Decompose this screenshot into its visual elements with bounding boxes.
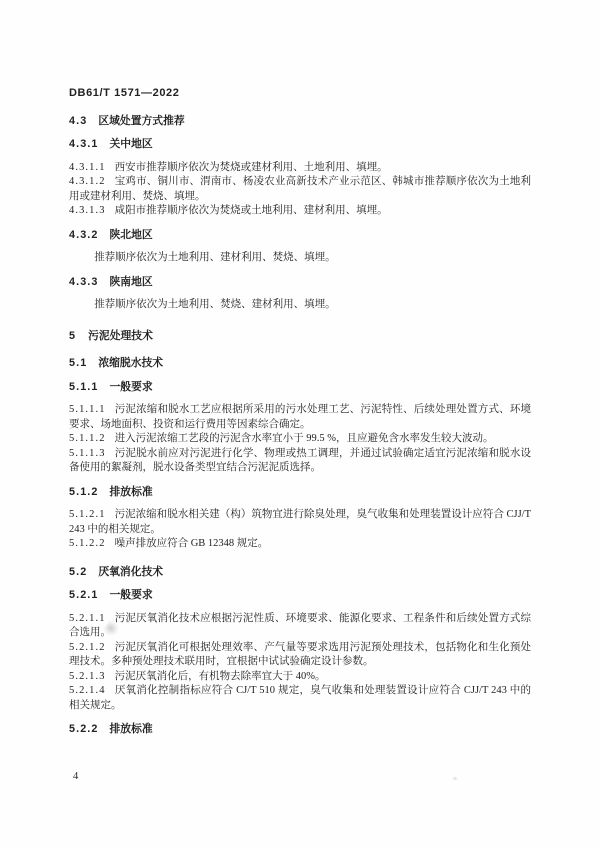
clause-title: 陕北地区 [110, 229, 153, 241]
clause-text: 宝鸡市、铜川市、渭南市、杨凌农业高新技术产业示范区、韩城市推荐顺序依次为土地利用… [69, 176, 531, 202]
clause-text: 噪声排放应符合 GB 12348 规定。 [115, 538, 269, 549]
clause-number: 4.3.1.3 [69, 205, 106, 216]
clause-paragraph: 5.1.1.2进入污泥浓缩工艺段的污泥含水率宜小于 99.5 %，且应避免含水率… [69, 432, 531, 447]
clause-number: 5.1.1 [69, 381, 99, 393]
clause-paragraph: 5.2.1.2污泥厌氧消化可根据处理效率、产气量等要求选用污泥预处理技术，包括物… [69, 641, 531, 670]
clause-number: 5.1.2 [69, 486, 99, 498]
clause-title: 陕南地区 [110, 276, 153, 288]
clause-heading: 5.2.2排放标准 [69, 722, 531, 737]
clause-paragraph: 推荐顺序依次为土地利用、焚烧、建材利用、填埋。 [69, 298, 531, 313]
clause-heading: 4.3.3陕南地区 [69, 275, 531, 290]
clause-number: 5.2.1.1 [69, 613, 106, 624]
clause-title: 关中地区 [110, 138, 153, 150]
clause-number: 5.2.1.4 [69, 685, 106, 696]
clause-number: 5.1.1.1 [69, 404, 106, 415]
clause-text: 咸阳市推荐顺序依次为焚烧或土地利用、建材利用、填埋。 [115, 205, 388, 216]
clause-title: 一般要求 [110, 589, 153, 601]
clause-text: 污泥厌氧消化技术应根据污泥性质、环境要求、能源化要求、工程条件和后续处置方式综合… [69, 613, 531, 639]
clause-title: 厌氧消化技术 [98, 566, 163, 578]
clause-title: 区域处置方式推荐 [98, 115, 184, 127]
clause-text: 西安市推荐顺序依次为焚烧或建材利用、土地利用、填埋。 [115, 162, 388, 173]
scan-speck [452, 776, 458, 781]
clause-text: 厌氧消化控制指标应符合 CJ/T 510 规定，臭气收集和处理装置设计应符合 C… [69, 685, 531, 711]
document-page: DB61/T 1571—2022 4.3区域处置方式推荐 4.3.1关中地区 4… [0, 0, 600, 848]
clause-number: 5.2.1.2 [69, 642, 106, 653]
clause-heading: 5.2.1一般要求 [69, 588, 531, 603]
clause-text: 污泥浓缩和脱水工艺应根据所采用的污水处理工艺、污泥特性、后续处理处置方式、环境要… [69, 404, 531, 430]
clause-title: 排放标准 [110, 723, 153, 735]
clause-heading: 4.3.2陕北地区 [69, 228, 531, 243]
chapter-heading: 5污泥处理技术 [69, 329, 531, 344]
clause-heading: 4.3.1关中地区 [69, 137, 531, 152]
clause-number: 5.1.1.3 [69, 448, 106, 459]
clause-paragraph: 4.3.1.3咸阳市推荐顺序依次为焚烧或土地利用、建材利用、填埋。 [69, 204, 531, 219]
clause-number: 4.3.1.1 [69, 162, 106, 173]
clause-paragraph: 5.1.2.2噪声排放应符合 GB 12348 规定。 [69, 537, 531, 552]
clause-number: 5.2.1.3 [69, 671, 106, 682]
clause-number: 4.3.1.2 [69, 176, 106, 187]
clause-paragraph: 5.2.1.1污泥厌氧消化技术应根据污泥性质、环境要求、能源化要求、工程条件和后… [69, 612, 531, 641]
clause-number: 5.2.1 [69, 589, 99, 601]
clause-number: 5.1 [69, 357, 87, 369]
chapter-number: 5 [69, 330, 76, 342]
clause-paragraph: 4.3.1.1西安市推荐顺序依次为焚烧或建材利用、土地利用、填埋。 [69, 161, 531, 176]
clause-number: 4.3 [69, 115, 87, 127]
clause-number: 5.1.1.2 [69, 433, 106, 444]
clause-number: 4.3.3 [69, 276, 99, 288]
clause-paragraph: 5.2.1.3污泥厌氧消化后，有机物去除率宜大于 40%。 [69, 670, 531, 685]
clause-paragraph: 5.2.1.4厌氧消化控制指标应符合 CJ/T 510 规定，臭气收集和处理装置… [69, 684, 531, 713]
clause-paragraph: 5.1.1.1污泥浓缩和脱水工艺应根据所采用的污水处理工艺、污泥特性、后续处理处… [69, 403, 531, 432]
clause-number: 5.1.2.1 [69, 509, 106, 520]
clause-number: 5.2.2 [69, 723, 99, 735]
clause-text: 推荐顺序依次为土地利用、焚烧、建材利用、填埋。 [94, 299, 336, 310]
clause-heading: 4.3区域处置方式推荐 [69, 114, 531, 129]
doc-code: DB61/T 1571—2022 [69, 86, 531, 101]
clause-number: 5.2 [69, 566, 87, 578]
clause-heading: 5.2厌氧消化技术 [69, 565, 531, 580]
clause-number: 5.1.2.2 [69, 538, 106, 549]
clause-paragraph: 5.1.1.3污泥脱水前应对污泥进行化学、物理或热工调理，并通过试验确定适宜污泥… [69, 447, 531, 476]
clause-title: 一般要求 [110, 381, 153, 393]
clause-text: 污泥脱水前应对污泥进行化学、物理或热工调理，并通过试验确定适宜污泥浓缩和脱水设备… [69, 448, 531, 474]
clause-title: 排放标准 [110, 486, 153, 498]
clause-paragraph: 推荐顺序依次为土地利用、建材利用、焚烧、填埋。 [69, 251, 531, 266]
chapter-title: 污泥处理技术 [88, 330, 153, 342]
clause-text: 推荐顺序依次为土地利用、建材利用、焚烧、填埋。 [94, 252, 336, 263]
clause-text: 污泥厌氧消化可根据处理效率、产气量等要求选用污泥预处理技术，包括物化和生化预处理… [69, 642, 531, 668]
clause-text: 污泥浓缩和脱水相关建（构）筑物宜进行除臭处理，臭气收集和处理装置设计应符合 CJ… [69, 509, 531, 535]
clause-heading: 5.1.1一般要求 [69, 380, 531, 395]
page-content: DB61/T 1571—2022 4.3区域处置方式推荐 4.3.1关中地区 4… [69, 86, 531, 746]
clause-text: 进入污泥浓缩工艺段的污泥含水率宜小于 99.5 %，且应避免含水率发生较大波动。 [115, 433, 494, 444]
clause-text: 污泥厌氧消化后，有机物去除率宜大于 40%。 [115, 671, 326, 682]
clause-title: 浓缩脱水技术 [98, 357, 163, 369]
clause-number: 4.3.1 [69, 138, 99, 150]
clause-number: 4.3.2 [69, 229, 99, 241]
clause-heading: 5.1浓缩脱水技术 [69, 356, 531, 371]
page-number: 4 [73, 771, 78, 782]
clause-paragraph: 4.3.1.2宝鸡市、铜川市、渭南市、杨凌农业高新技术产业示范区、韩城市推荐顺序… [69, 175, 531, 204]
clause-paragraph: 5.1.2.1污泥浓缩和脱水相关建（构）筑物宜进行除臭处理，臭气收集和处理装置设… [69, 508, 531, 537]
clause-heading: 5.1.2排放标准 [69, 485, 531, 500]
